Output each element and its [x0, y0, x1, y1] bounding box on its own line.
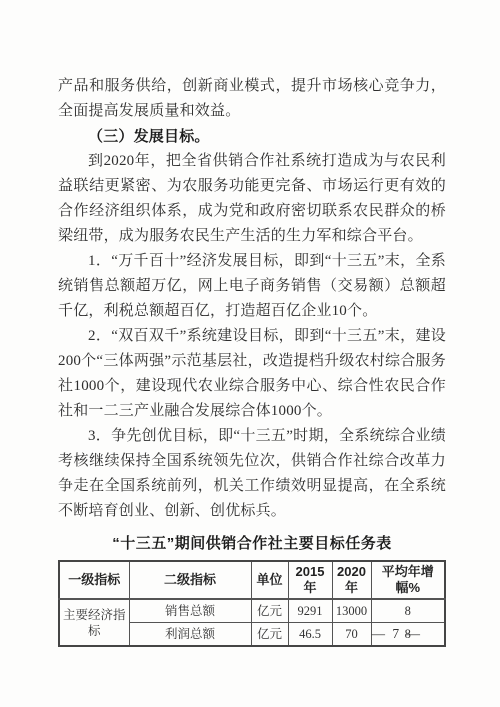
table-cell: 亿元	[251, 623, 288, 647]
table-header-row: 一级指标 二级指标 单位 2015年 2020年 平均年增幅%	[59, 561, 445, 599]
header-avg-growth: 平均年增幅%	[371, 561, 445, 599]
table-row: 主要经济指标 销售总额 亿元 9291 13000 8	[59, 599, 445, 623]
document-body: 产品和服务供给，创新商业模式，提升市场核心竞争力，全面提高发展质量和效益。 （三…	[58, 74, 446, 647]
header-level1-indicator: 一级指标	[59, 561, 129, 599]
table-cell: 亿元	[251, 599, 288, 623]
table-cell: 46.5	[288, 623, 332, 647]
paragraph-goal-1: 1．“万千百十”经济发展目标，即到“十三五”末，全系统销售总额超万亿，网上电子商…	[58, 249, 446, 324]
document-page: 产品和服务供给，创新商业模式，提升市场核心竞争力，全面提高发展质量和效益。 （三…	[0, 0, 500, 707]
paragraph-goal-3: 3．争先创优目标，即“十三五”时期，全系统综合业绩考核继续保持全国系统领先位次，…	[58, 424, 446, 524]
section-heading: （三）发展目标。	[58, 124, 446, 149]
group-label-cell: 主要经济指标	[59, 599, 129, 646]
table-cell: 8	[371, 599, 445, 623]
table-cell: 13000	[332, 599, 371, 623]
table-title: “十三五”期间供销合作社主要目标任务表	[58, 532, 446, 553]
header-level2-indicator: 二级指标	[129, 561, 251, 599]
header-year-2020: 2020年	[332, 561, 371, 599]
page-number: — 7 —	[372, 626, 423, 642]
paragraph-goal-2: 2．“双百双千”系统建设目标，即到“十三五”末，建设200个“三体两强”示范基层…	[58, 324, 446, 424]
paragraph-continuation: 产品和服务供给，创新商业模式，提升市场核心竞争力，全面提高发展质量和效益。	[58, 74, 446, 124]
table-cell: 销售总额	[129, 599, 251, 623]
header-unit: 单位	[251, 561, 288, 599]
table-cell: 9291	[288, 599, 332, 623]
table-cell: 70	[332, 623, 371, 647]
header-year-2015: 2015年	[288, 561, 332, 599]
table-cell: 利润总额	[129, 623, 251, 647]
paragraph: 到2020年，把全省供销合作社系统打造成为与农民利益联结更紧密、为农服务功能更完…	[58, 149, 446, 249]
